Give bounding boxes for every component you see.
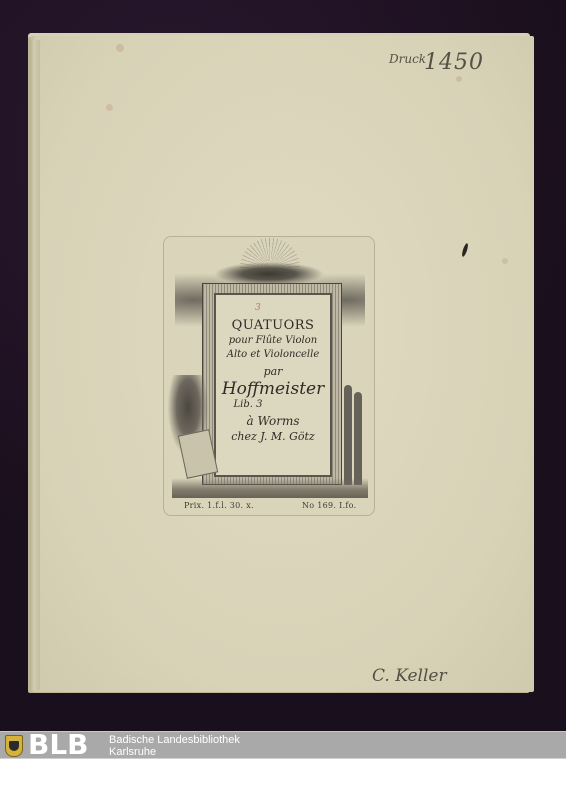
foxing-spot	[456, 76, 462, 82]
coat-of-arms-icon	[5, 735, 23, 757]
foxing-spot	[116, 44, 124, 52]
publisher-name: chez J. M. Götz	[214, 430, 332, 443]
cypress-tree-ornament	[344, 385, 352, 485]
publication-place: à Worms	[214, 414, 332, 428]
red-pencil-mark: 3	[255, 303, 261, 313]
work-title: QUATUORS	[214, 318, 332, 333]
shelfmark-number: 1450	[424, 50, 484, 75]
library-city: Karlsruhe	[109, 746, 156, 758]
by-label: par	[214, 365, 332, 378]
cypress-tree-ornament	[354, 392, 362, 485]
library-name: Badische Landesbibliothek	[109, 734, 240, 746]
price-label: Prix. 1.f.l. 30. x.	[184, 501, 254, 510]
foxing-spot	[106, 104, 113, 111]
page-spine	[30, 40, 40, 690]
ground-ornament	[172, 478, 368, 498]
blb-logo[interactable]: BLB	[28, 729, 89, 761]
plate-number: No 169. I.fo.	[302, 501, 357, 510]
instrumentation-line-2: Alto et Violoncelle	[214, 349, 332, 360]
foxing-spot	[502, 258, 508, 264]
composer-name: Hoffmeister	[214, 379, 332, 399]
library-footer-bar: BLB Badische Landesbibliothek Karlsruhe	[0, 731, 566, 759]
opus-number: Lib. 3	[218, 399, 278, 410]
owner-signature: C. Keller	[372, 666, 447, 686]
shelfmark-prefix: Druck	[389, 52, 426, 66]
instrumentation-line-1: pour Flûte Violon	[214, 335, 332, 346]
